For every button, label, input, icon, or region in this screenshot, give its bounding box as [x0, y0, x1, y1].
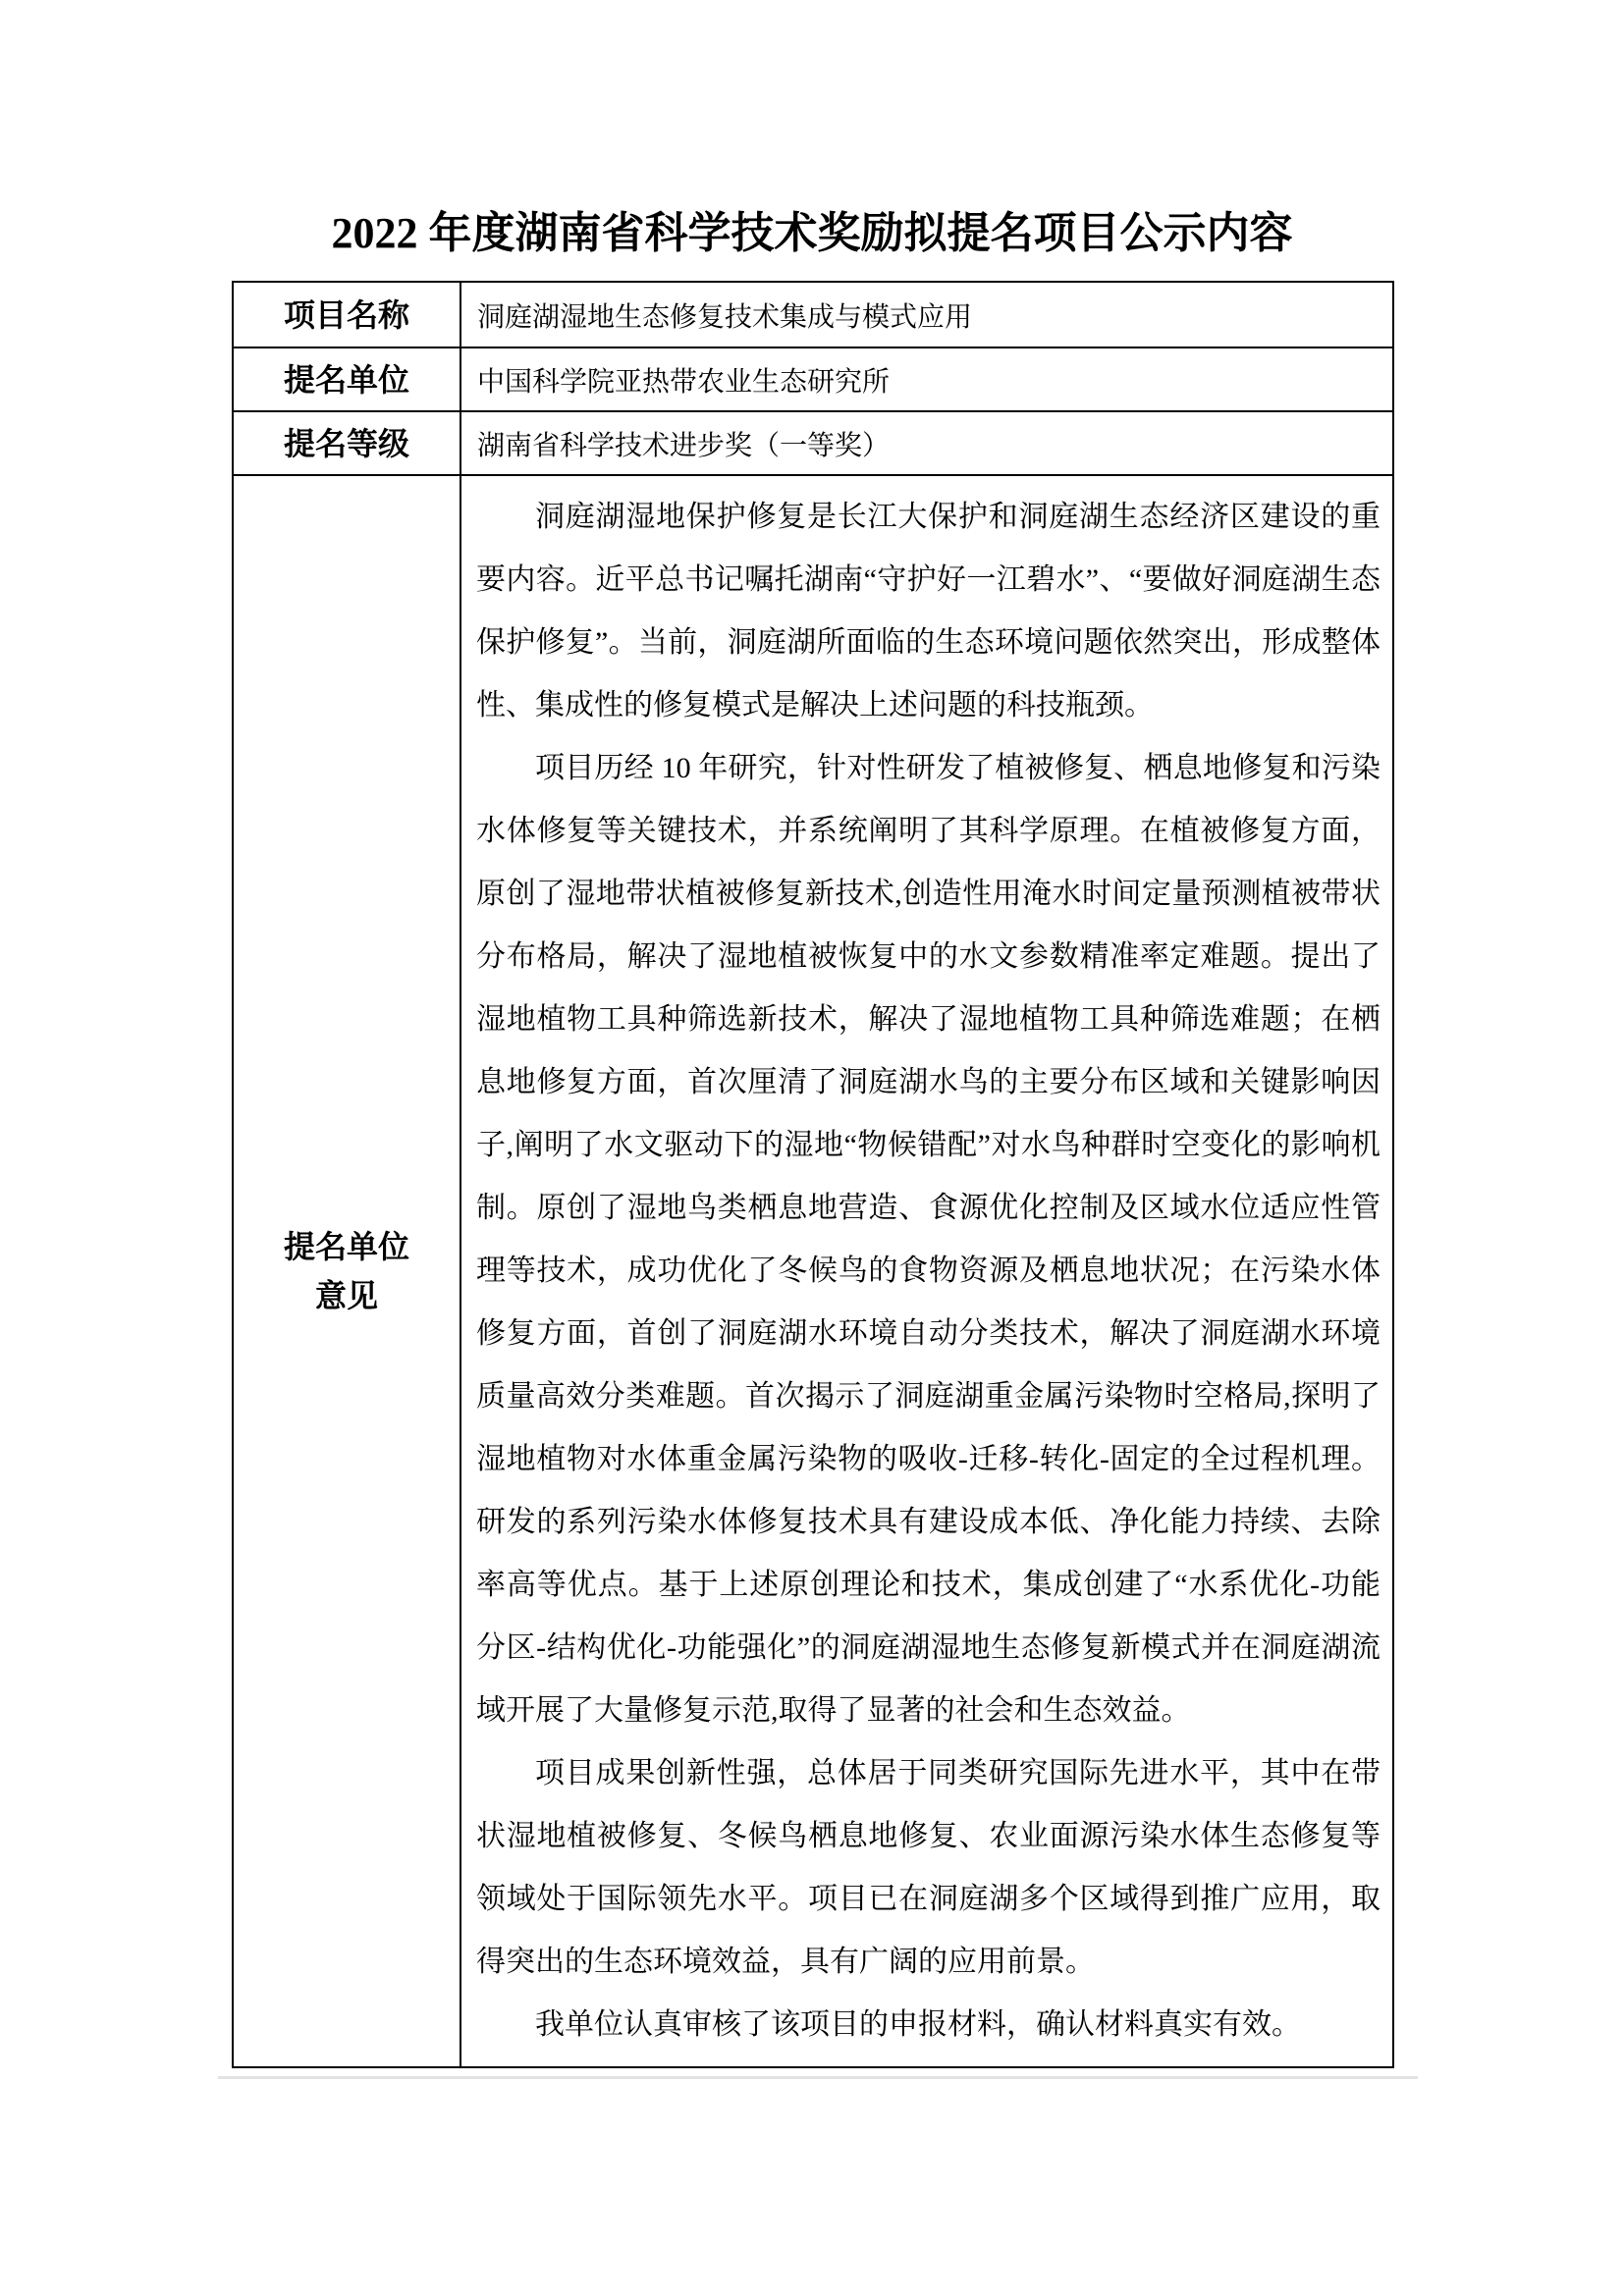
project-name-label: 项目名称 [234, 283, 461, 347]
opinion-label: 提名单位 意见 [234, 476, 461, 2066]
nomination-table: 项目名称 洞庭湖湿地生态修复技术集成与模式应用 提名单位 中国科学院亚热带农业生… [232, 281, 1394, 2068]
opinion-label-line2: 意见 [315, 1271, 378, 1320]
opinion-paragraph-2: 项目历经 10 年研究，针对性研发了植被修复、栖息地修复和污染水体修复等关键技术… [476, 737, 1380, 1742]
nomination-level-value: 湖南省科学技术进步奖（一等奖） [461, 412, 1392, 474]
nomination-level-label: 提名等级 [234, 412, 461, 474]
project-name-value: 洞庭湖湿地生态修复技术集成与模式应用 [461, 283, 1392, 347]
table-row-nominating-unit: 提名单位 中国科学院亚热带农业生态研究所 [234, 347, 1392, 410]
opinion-paragraph-1: 洞庭湖湿地保护修复是长江大保护和洞庭湖生态经济区建设的重要内容。近平总书记嘱托湖… [476, 486, 1380, 737]
opinion-paragraph-3: 项目成果创新性强，总体居于同类研究国际先进水平，其中在带状湿地植被修复、冬候鸟栖… [476, 1742, 1380, 1994]
opinion-body: 洞庭湖湿地保护修复是长江大保护和洞庭湖生态经济区建设的重要内容。近平总书记嘱托湖… [461, 476, 1392, 2066]
opinion-paragraph-4: 我单位认真审核了该项目的申报材料，确认材料真实有效。 [476, 1994, 1380, 2056]
nominating-unit-label: 提名单位 [234, 348, 461, 410]
opinion-label-line1: 提名单位 [284, 1222, 409, 1271]
nominating-unit-value: 中国科学院亚热带农业生态研究所 [461, 348, 1392, 410]
table-row-nomination-level: 提名等级 湖南省科学技术进步奖（一等奖） [234, 410, 1392, 474]
document-page: 2022 年度湖南省科学技术奖励拟提名项目公示内容 项目名称 洞庭湖湿地生态修复… [0, 0, 1624, 2296]
table-row-project-name: 项目名称 洞庭湖湿地生态修复技术集成与模式应用 [234, 283, 1392, 347]
scan-artifact-line [218, 2076, 1418, 2079]
table-row-opinion: 提名单位 意见 洞庭湖湿地保护修复是长江大保护和洞庭湖生态经济区建设的重要内容。… [234, 474, 1392, 2066]
page-title: 2022 年度湖南省科学技术奖励拟提名项目公示内容 [0, 208, 1624, 259]
